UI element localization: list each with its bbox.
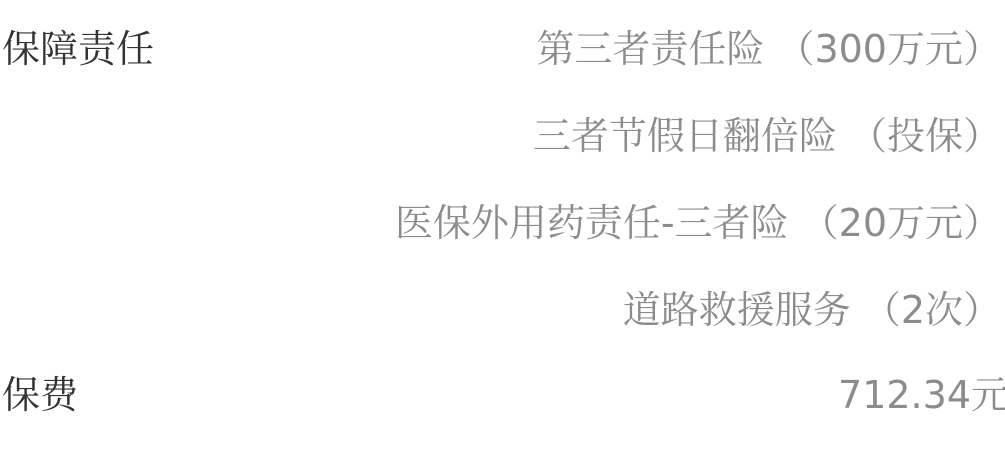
premium-label: 保费 bbox=[0, 370, 78, 420]
coverage-label: 保障责任 bbox=[0, 24, 154, 74]
coverage-row: 保障责任 第三者责任险 （300万元） 三者节假日翻倍险 （投保） 医保外用药责… bbox=[0, 24, 1005, 335]
coverage-item-holiday-double: 三者节假日翻倍险 （投保） bbox=[533, 111, 1005, 198]
coverage-item-non-insured-medication: 医保外用药责任-三者险 （20万元） bbox=[395, 198, 1005, 285]
premium-row: 保费 712.34元 bbox=[0, 370, 1005, 420]
coverage-item-third-party: 第三者责任险 （300万元） bbox=[536, 24, 1005, 111]
coverage-item-roadside-assistance: 道路救援服务 （2次） bbox=[623, 285, 1005, 335]
premium-value: 712.34元 bbox=[838, 370, 1005, 420]
coverage-list: 第三者责任险 （300万元） 三者节假日翻倍险 （投保） 医保外用药责任-三者险… bbox=[395, 24, 1005, 335]
